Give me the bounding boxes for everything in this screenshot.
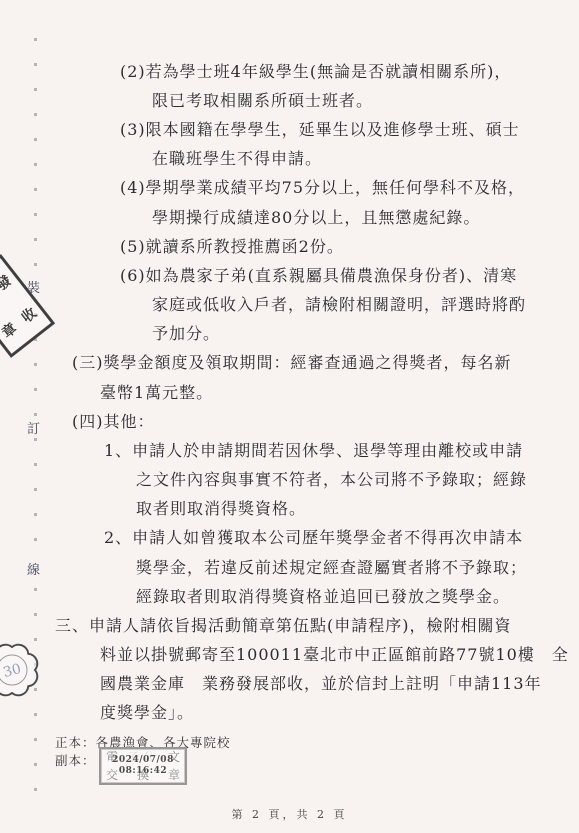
text-line: 予加分。	[152, 324, 220, 343]
stamp-char: 章	[0, 318, 20, 342]
text-line: 經錄取者則取消得獎資格並追回已發放之獎學金。	[136, 587, 510, 606]
text-line: 料並以掛號郵寄至100011臺北市中正區館前路77號10樓 全	[100, 645, 569, 664]
text-line: 之文件內容與事實不符者，本公司將不予錄取；經錄	[136, 470, 527, 489]
text-line: 臺幣1萬元整。	[100, 383, 213, 402]
text-line: 獎學金，若違反前述規定經查證屬實者將不予錄取；	[136, 558, 527, 577]
page-number-footer: 第 2 頁，共 2 頁	[0, 806, 579, 822]
text-line: 三、申請人請依旨揭活動簡章第伍點(申請程序)，檢附相關資	[55, 616, 512, 635]
text-line: (4)學期學業成績平均75分以上，無任何學科不及格，	[120, 178, 525, 197]
flower-seal-stamp: 30	[0, 638, 42, 702]
binding-char-xian: 線	[27, 562, 40, 579]
text-line: 取者則取消得獎資格。	[136, 499, 306, 518]
binding-char-ding: 訂	[27, 421, 40, 438]
text-line: 家庭或低收入戶者，請檢附相關證明，評選時將酌	[152, 295, 526, 314]
scanned-document-page: 裝 訂 線 公 發 章 收 30 (2)若為學士班4年級學生(無論是否就讀相關系…	[0, 0, 579, 833]
text-line: 2、申請人如曾獲取本公司歷年獎學金者不得再次申請本	[104, 528, 523, 547]
electronic-exchange-stamp: 電 子公 文 交 換 章 2024/07/08 08:16:42	[99, 747, 187, 785]
text-line: 在職班學生不得申請。	[152, 149, 322, 168]
text-line: (3)限本國籍在學學生，延畢生以及進修學士班、碩士	[120, 120, 520, 139]
text-line: 國農業金庫 業務發展部收，並於信封上註明「申請113年	[100, 674, 542, 693]
text-line: 學期操行成績達80分以上，且無懲處紀錄。	[152, 208, 480, 227]
official-corner-stamp: 公 發 章 收	[0, 254, 55, 358]
text-line: 限已考取相關系所碩士班者。	[152, 91, 373, 110]
text-line: (6)如為農家子弟(直系親屬具備農漁保身份者)、清寒	[120, 266, 517, 285]
exchange-stamp-datetime: 2024/07/08 08:16:42	[101, 749, 185, 783]
duplicate-copy-line: 副本：	[55, 751, 96, 769]
stamp-date: 2024/07/08	[112, 755, 174, 766]
text-line: (四)其他：	[72, 412, 155, 431]
text-line: (三)獎學金額度及領取期間：經審查通過之得獎者，每名新	[72, 353, 512, 372]
original-label: 正本：	[55, 735, 96, 750]
stamp-char: 發	[0, 270, 15, 294]
stamp-time: 08:16:42	[119, 766, 167, 777]
text-line: 1、申請人於申請期間若因休學、退學等理由離校或申請	[104, 441, 523, 460]
text-line: (2)若為學士班4年級學生(無論是否就讀相關系所)，	[120, 62, 511, 81]
stamp-char: 收	[17, 302, 40, 326]
copy-label: 副本：	[55, 753, 96, 768]
text-line: (5)就讀系所教授推薦函2份。	[120, 237, 344, 256]
text-line: 度獎學金」。	[100, 703, 194, 722]
